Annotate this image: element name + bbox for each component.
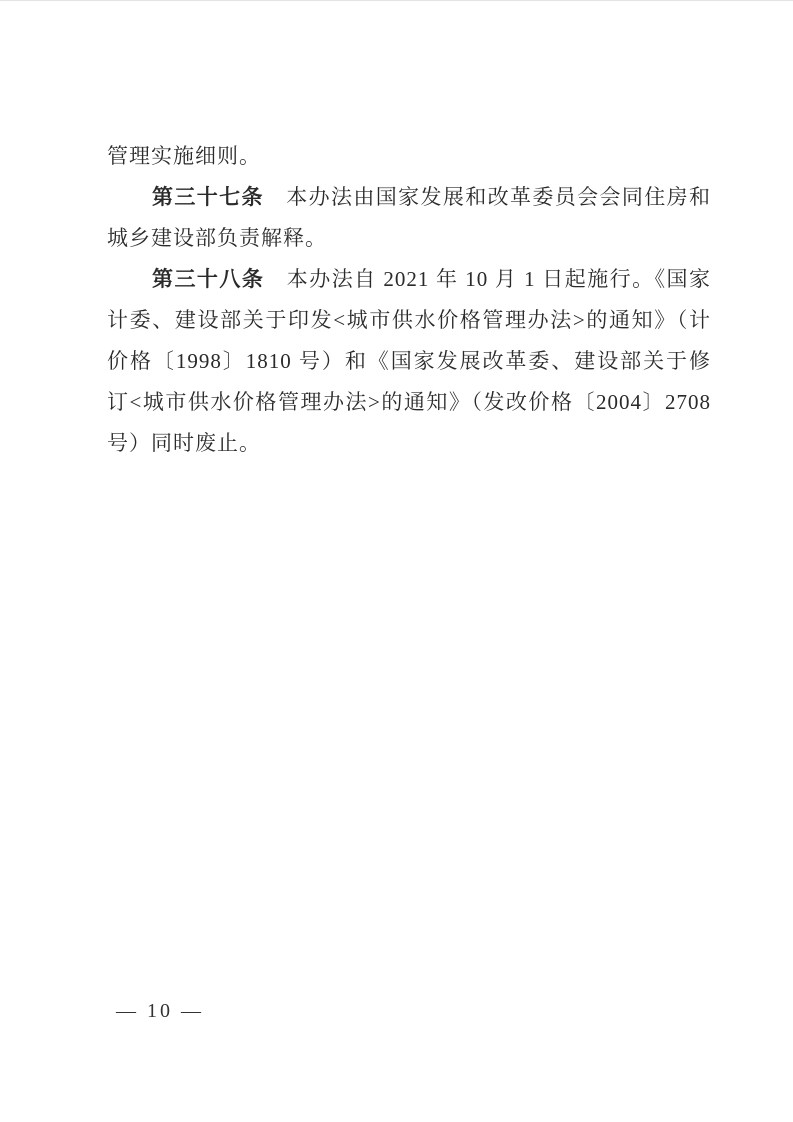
article-38-number: 第三十八条 <box>152 267 264 291</box>
paragraph-continuation: 管理实施细则。 <box>107 136 711 177</box>
page-footer: — 10 — <box>116 998 204 1024</box>
article-37-number: 第三十七条 <box>152 185 264 209</box>
document-body: 管理实施细则。 第三十七条 本办法由国家发展和改革委员会会同住房和城乡建设部负责… <box>107 136 711 464</box>
page-number-label: — 10 — <box>116 1000 204 1022</box>
article-38-text: 本办法自 2021 年 10 月 1 日起施行。《国家计委、建设部关于印发<城市… <box>107 267 711 455</box>
paragraph-article-37: 第三十七条 本办法由国家发展和改革委员会会同住房和城乡建设部负责解释。 <box>107 177 711 259</box>
body-text-run: 管理实施细则。 <box>107 144 261 168</box>
paragraph-article-38: 第三十八条 本办法自 2021 年 10 月 1 日起施行。《国家计委、建设部关… <box>107 259 711 464</box>
document-page: 管理实施细则。 第三十七条 本办法由国家发展和改革委员会会同住房和城乡建设部负责… <box>0 0 793 1122</box>
